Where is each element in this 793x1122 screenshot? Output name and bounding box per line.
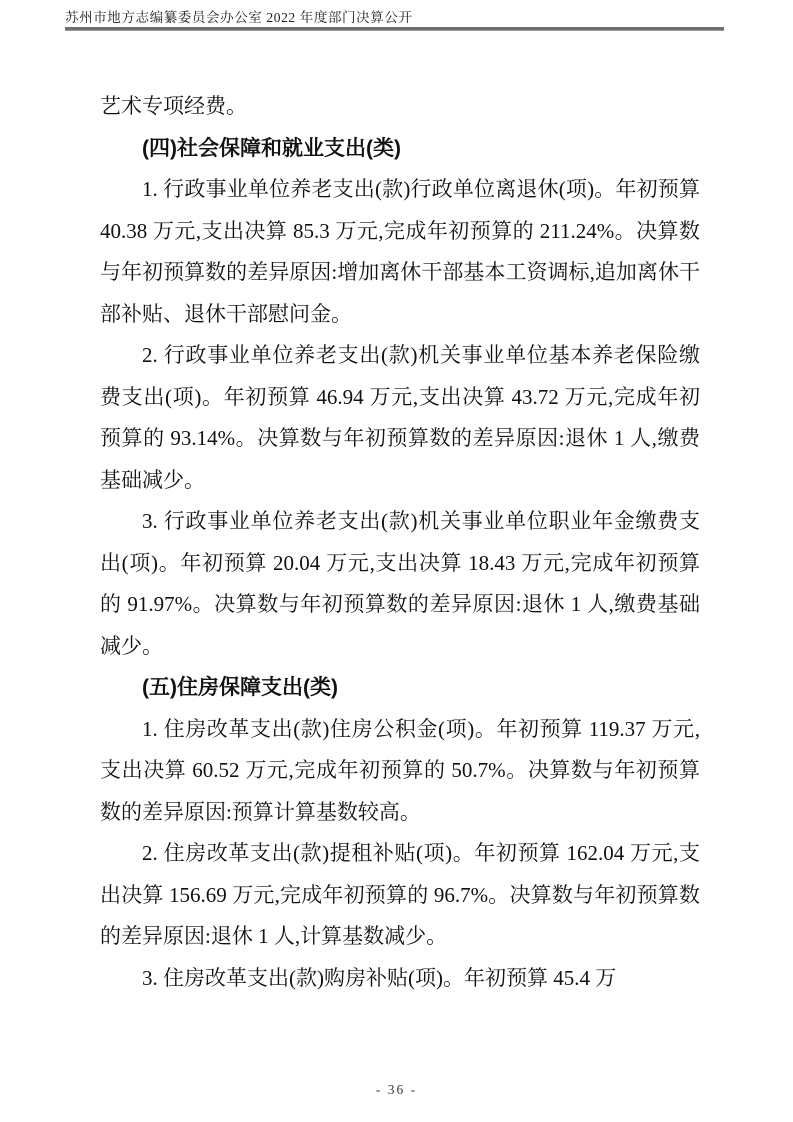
paragraph-annuity-contribution: 3. 行政事业单位养老支出(款)机关事业单位职业年金缴费支出(项)。年初预算 2… bbox=[100, 501, 700, 667]
document-header-title: 苏州市地方志编纂委员会办公室 2022 年度部门决算公开 bbox=[65, 9, 725, 27]
document-page: 苏州市地方志编纂委员会办公室 2022 年度部门决算公开 艺术专项经费。 (四)… bbox=[0, 0, 793, 1122]
document-body: 艺术专项经费。 (四)社会保障和就业支出(类) 1. 行政事业单位养老支出(款)… bbox=[100, 86, 700, 999]
section-heading-housing-security: (五)住房保障支出(类) bbox=[100, 667, 700, 709]
section-heading-social-security: (四)社会保障和就业支出(类) bbox=[100, 128, 700, 170]
paragraph-basic-pension-contribution: 2. 行政事业单位养老支出(款)机关事业单位基本养老保险缴费支出(项)。年初预算… bbox=[100, 335, 700, 501]
paragraph-rent-subsidy: 2. 住房改革支出(款)提租补贴(项)。年初预算 162.04 万元,支出决算 … bbox=[100, 833, 700, 958]
paragraph-pension-retiree: 1. 行政事业单位养老支出(款)行政单位离退休(项)。年初预算 40.38 万元… bbox=[100, 169, 700, 335]
page-number: - 36 - bbox=[0, 1082, 793, 1098]
paragraph-home-purchase-subsidy: 3. 住房改革支出(款)购房补贴(项)。年初预算 45.4 万 bbox=[100, 958, 700, 1000]
header-rule bbox=[65, 27, 724, 31]
paragraph-continued: 艺术专项经费。 bbox=[100, 86, 700, 128]
paragraph-housing-fund: 1. 住房改革支出(款)住房公积金(项)。年初预算 119.37 万元,支出决算… bbox=[100, 709, 700, 834]
